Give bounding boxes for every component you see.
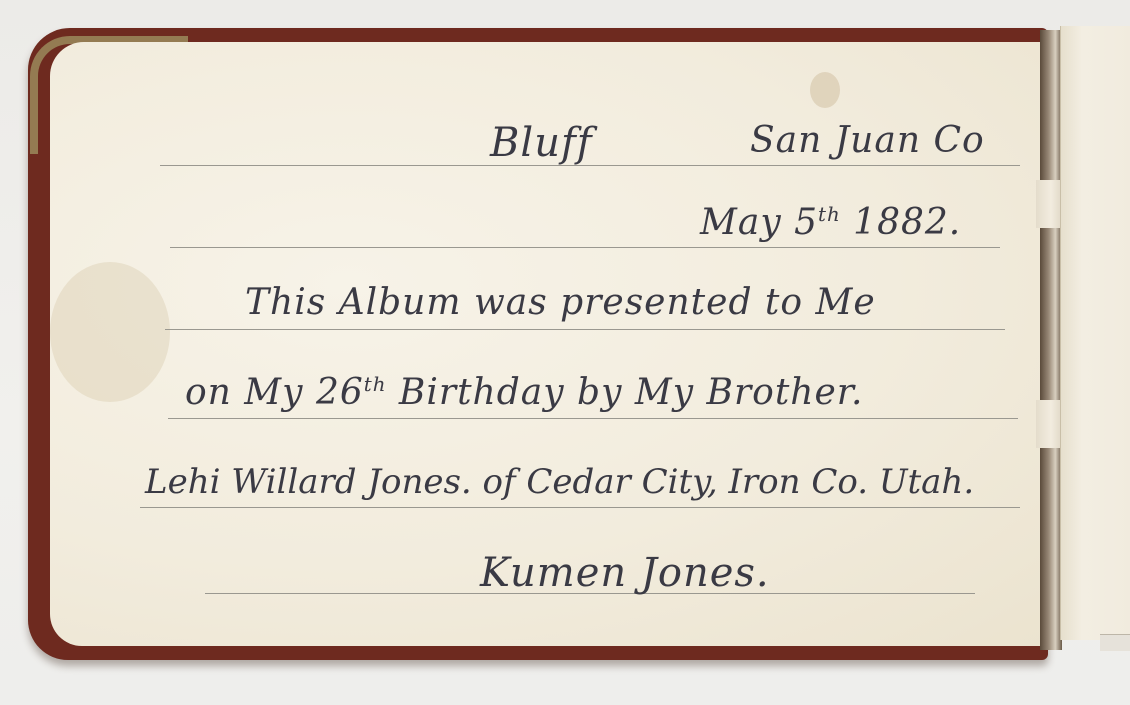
county-text: San Juan Co — [750, 120, 985, 161]
paper-stain — [50, 262, 170, 402]
date-text: May 5th 1882. — [700, 202, 961, 243]
facing-page-edge — [1060, 26, 1130, 640]
signature: Kumen Jones. — [480, 550, 770, 596]
ruled-line — [170, 247, 1000, 248]
stitched-spine — [1040, 30, 1062, 650]
paper-stain — [810, 72, 840, 108]
ruled-line — [140, 507, 1020, 508]
ruled-line — [165, 329, 1005, 330]
inscription-line-3: Lehi Willard Jones. of Cedar City, Iron … — [145, 462, 974, 502]
inscription-line-1: This Album was presented to Me — [245, 282, 876, 323]
page-stack-edge — [1100, 634, 1130, 651]
place-text: Bluff — [490, 120, 593, 166]
ruled-line — [168, 418, 1018, 419]
inscription-line-2: on My 26th Birthday by My Brother. — [185, 372, 864, 413]
album-page: Bluff San Juan Co May 5th 1882. This Alb… — [50, 42, 1046, 646]
